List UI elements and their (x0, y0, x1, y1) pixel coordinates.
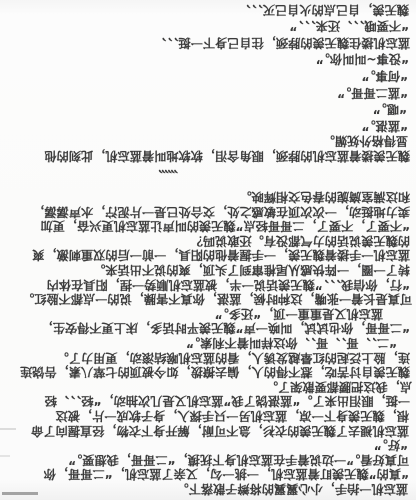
text-line: 蓝忘机搂住魏无羡的脖颈，往自己身下一挺、、、 (0, 34, 410, 51)
scan-artifact-mark (0, 455, 10, 457)
text-line: “不要哦、、、还来、、、” (0, 18, 409, 35)
text-line: 显得格外妩媚。 (0, 134, 408, 149)
text-line: “不要了，不要了，二哥哥轻点”魏无羡的叫声让蓝忘机更兴奋，更加 (0, 219, 410, 234)
text-line: 可真好看。”一边说着手在蓝忘机身下抚摸，“二哥哥，我想要。” (0, 452, 409, 467)
scan-artifact-mark (0, 428, 16, 430)
text-line: 的魏无羡说话的力气都没有。还敢说吗？ (0, 233, 410, 248)
text-line: 蓝忘机褪去了魏无羡的衣衫，急不可耐，解开身下衣物，径直握向了命 (0, 423, 409, 438)
scan-artifact-dash (2, 492, 38, 495)
text-line: 蓝忘机一手搂着魏无羡，一手握着他的阳具，一前一后的双重刺激，爽 (0, 248, 410, 263)
text-line: “蓝湛。” (0, 117, 408, 134)
text-line: “二、、哥、、哥、、你这样叫着不利索。” (0, 335, 397, 350)
text-line: “二哥哥，你也试试，叫唤一声”魏无羡平时话多，床上更不得安生， (0, 321, 410, 336)
text-line: “好。” (0, 438, 408, 453)
text-line: “真的”魏无羡盯着蓝忘机，一挑一勾，又亲了蓝忘机，“二哥哥，你 (0, 467, 409, 482)
text-line: 蓝忘机又是重重一顶，“还多。” (0, 306, 383, 321)
text-line: 一挺，眼泪出来了。“蓝湛饶了我”蓝忘机又是几次抽动，“轻、、、轻 (0, 394, 410, 409)
text-line: 卖力地挺动，一次次顶在敏感之处，交合处已是一片泥泞，水声潺潺， (0, 204, 410, 219)
screenshot-stage: 蓝忘机一抬手，小心翼翼的将辫子散落下。“真的”魏无羡盯着蓝忘机，一挑一勾，又亲了… (0, 0, 416, 500)
text-line: “蓝二哥哥。” (0, 84, 408, 101)
text-line: 魏无羡搂着蓝忘机的脖颈，眼角含泪，软软地叫着蓝忘机，此刻的他 (0, 148, 410, 163)
text-line: “何事。” (0, 67, 408, 84)
text-line: 连，脸上泛起的红晕越发诱人，看的蓝忘机喉结滚动，更用力了。 (0, 350, 410, 365)
text-line: 和这满室旖旎的春色交相辉映。 (0, 190, 410, 205)
text-line: “嗯。” (0, 101, 407, 118)
text-line: 点，我这把腰都要散架了。 (0, 379, 412, 394)
text-line: 魏无羡，自己点的火自己灭、、、 (0, 1, 409, 18)
text-line: 可真是长着一张嘴，这种时候，蓝湛，你真不害臊，说的一点都不脸红。 (0, 292, 412, 307)
text-line: 、、、、、、 (0, 167, 178, 182)
text-line: “没事~叫叫你。” (0, 51, 409, 68)
text-line: 蓝忘机一抬手，小心翼翼的将辫子散落下。 (0, 481, 408, 496)
upside-down-text-page: 蓝忘机一抬手，小心翼翼的将辫子散落下。“真的”魏无羡盯着蓝忘机，一挑一勾，又亲了… (0, 0, 416, 500)
text-line: 魏无羡自讨苦吃，惹不得的人，偏去撩拨，如今被顶的七荤八素，告饶连 (0, 365, 410, 380)
text-line: 根，魏无羡身下一凉，蓝忘机另一只手探入，身子软成一片，被这 (0, 408, 409, 423)
text-line: “行，你信我、、、”魏无羡话说一半，被蓝忘机顺势一捏，阳具在体内 (0, 277, 410, 292)
text-line: 转了一圈，一阵快感从尾椎窜到了头顶，爽的说不出话来。 (0, 263, 410, 278)
